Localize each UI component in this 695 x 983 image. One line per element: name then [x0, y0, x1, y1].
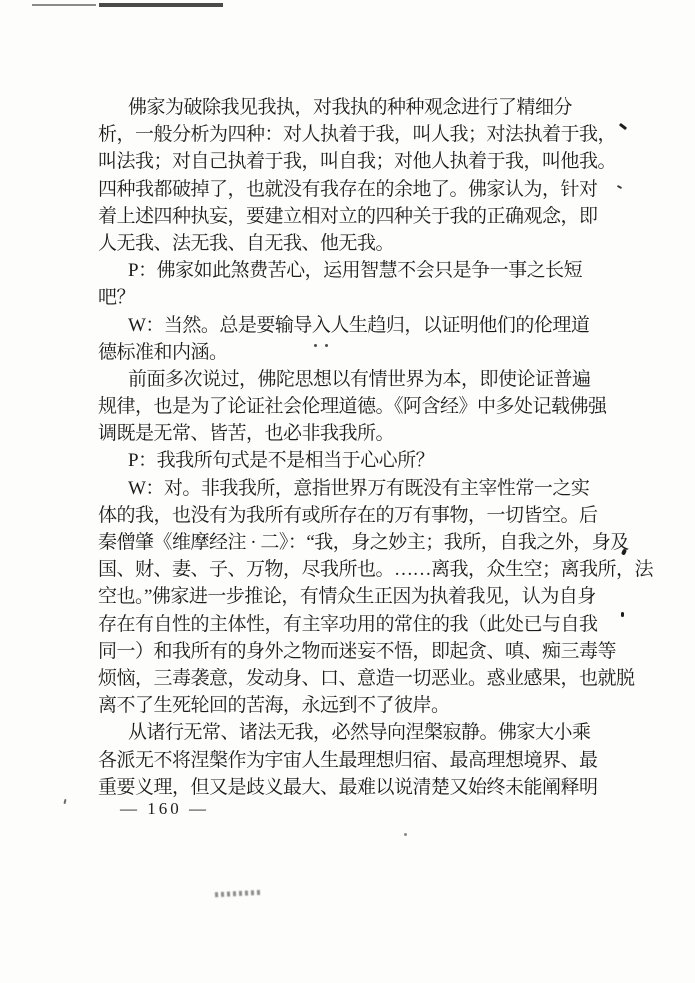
text-line: 国、财、妻、子、万物，尽我所也。……离我，众生空；离我所，法	[98, 556, 638, 583]
text-line: 同一）和我所有的身外之物而迷妄不悟，即起贪、嗔、痴三毒等	[98, 638, 638, 665]
text-line: 存在有自性的主体性，有主宰功用的常住的我（此处已与自我	[98, 611, 638, 638]
ink-dot-4	[404, 833, 407, 836]
text-line: 前面多次说过，佛陀思想以有情世界为本，即使论证普遍	[98, 366, 638, 393]
text-line: 佛家为破除我见我执，对我执的种种观念进行了精细分	[98, 94, 638, 121]
text-line: 着上述四种执妄，要建立相对立的四种关于我的正确观念，即	[98, 203, 638, 230]
text-line: 烦恼，三毒袭意，发动身、口、意造一切恶业。惑业感果，也就脱	[98, 665, 638, 692]
text-line: 叫法我；对自己执着于我，叫自我；对他人执着于我，叫他我。	[98, 148, 638, 175]
text-line: 空也。”佛家进一步推论，有情众生正因为执着我见，认为自身	[98, 583, 638, 610]
text-line: 德标准和内涵。	[98, 339, 638, 366]
ink-speck-margin-4	[621, 612, 624, 617]
text-line: 人无我、法无我、自无我、他无我。	[98, 230, 638, 257]
scan-smudge-bottom	[215, 890, 263, 898]
ink-dot-1	[314, 344, 317, 347]
scanned-book-page: 佛家为破除我见我执，对我执的种种观念进行了精细分析，一般分析为四种：对人执着于我…	[0, 0, 695, 983]
text-line: W：对。非我我所，意指世界万有既没有主宰性常一之实	[98, 475, 638, 502]
text-line: 调既是无常、皆苦，也必非我我所。	[98, 420, 638, 447]
text-line: 各派无不将涅槃作为宇宙人生最理想归宿、最高理想境界、最	[98, 747, 638, 774]
text-line: 四种我都破掉了，也就没有我存在的余地了。佛家认为，针对	[98, 176, 638, 203]
text-line: P：我我所句式是不是相当于心心所？	[98, 447, 638, 474]
ink-dot-5	[63, 799, 66, 804]
text-line: 从诸行无常、诸法无我，必然导向涅槃寂静。佛家大小乘	[98, 719, 638, 746]
text-line: 析，一般分析为四种：对人执着于我，叫人我；对法执着于我，	[98, 121, 638, 148]
text-line: 离不了生死轮回的苦海，永远到不了彼岸。	[98, 692, 638, 719]
text-line: 吧？	[98, 284, 638, 311]
text-line: 规律，也是为了论证社会伦理道德。《阿含经》中多处记载佛强	[98, 393, 638, 420]
text-line: P：佛家如此煞费苦心，运用智慧不会只是争一事之长短	[98, 257, 638, 284]
text-line: W：当然。总是要输导入人生趋归，以证明他们的伦理道	[98, 312, 638, 339]
ink-dot-2	[325, 344, 328, 347]
scan-mark-top-thin-bar	[32, 4, 96, 6]
text-line: 秦僧肇《维摩经注 · 二》：“我，身之妙主；我所，自我之外，身及	[98, 529, 638, 556]
scan-mark-top-thick-bar	[99, 3, 223, 7]
text-line: 重要义理，但又是歧义最大、最难以说清楚又始终未能阐释明	[98, 774, 638, 801]
ink-dot-3	[388, 698, 391, 701]
page-number: — 160 —	[120, 799, 209, 819]
text-column: 佛家为破除我见我执，对我执的种种观念进行了精细分析，一般分析为四种：对人执着于我…	[98, 94, 638, 801]
text-line: 体的我，也没有为我所有或所存在的万有事物，一切皆空。后	[98, 502, 638, 529]
